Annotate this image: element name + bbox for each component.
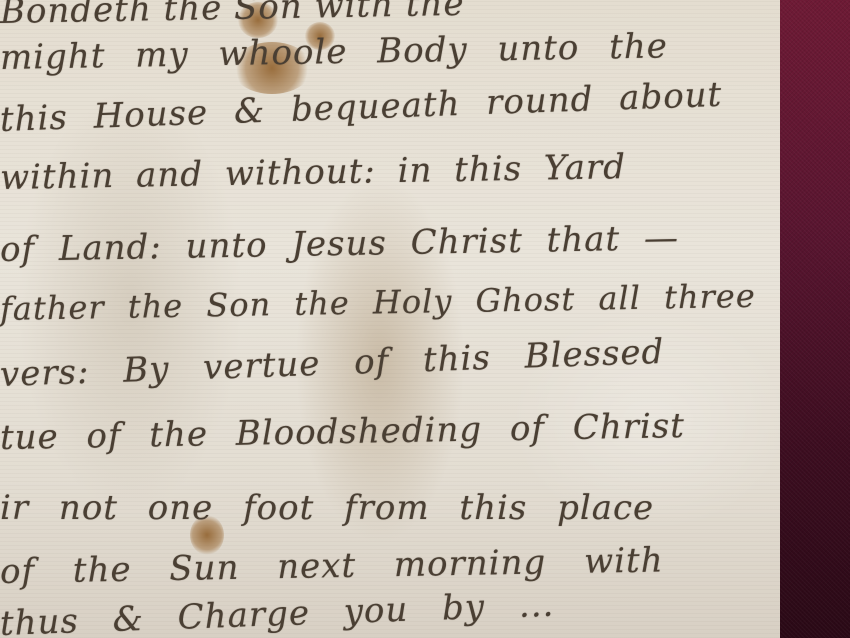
manuscript-line: within and without: in this Yard xyxy=(0,147,626,198)
manuscript-line: father the Son the Holy Ghost all three xyxy=(0,277,756,328)
manuscript-line: thus & Charge you by ... xyxy=(0,585,555,638)
manuscript-line: of Land: unto Jesus Christ that — xyxy=(0,218,679,270)
manuscript-line: Bondeth the Son with the xyxy=(0,0,465,32)
manuscript-line: tue of the Bloodsheding of Christ xyxy=(0,406,685,458)
manuscript-line: might my whoole Body unto the xyxy=(0,26,668,78)
manuscript-line: vers: By vertue of this Blessed xyxy=(0,332,665,395)
maroon-fabric-background xyxy=(770,0,850,638)
manuscript-paper: Bondeth the Son with the might my whoole… xyxy=(0,0,780,638)
manuscript-line: of the Sun next morning with xyxy=(0,540,664,592)
manuscript-line: ir not one foot from this place xyxy=(0,488,654,528)
manuscript-line: this House & bequeath round about xyxy=(0,75,723,140)
